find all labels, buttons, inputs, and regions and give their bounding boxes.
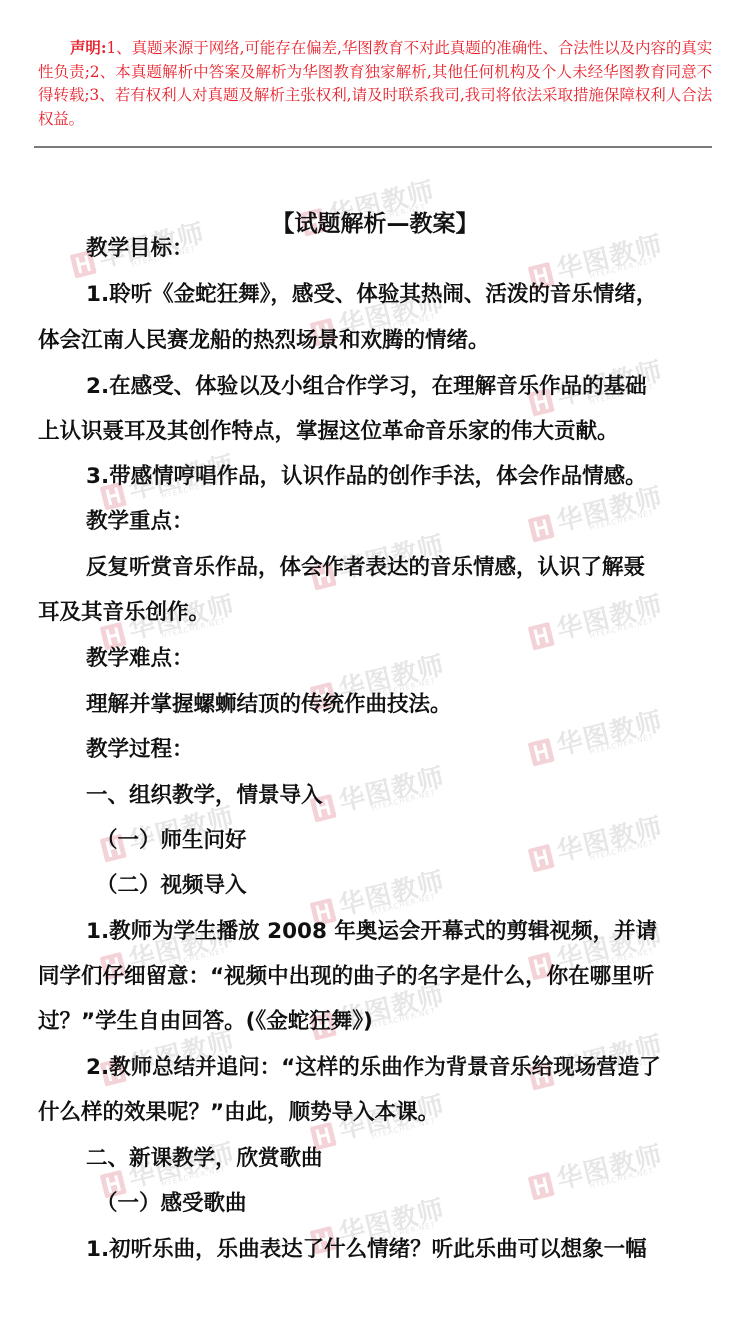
subsection-heading: 一、组织教学，情景导入 xyxy=(86,774,712,818)
paragraph-line: 2.在感受、体验以及小组合作学习，在理解音乐作品的基础 xyxy=(86,365,712,409)
disclaimer-text: 1、真题来源于网络,可能存在偏差,华图教育不对此真题的准确性、合法性以及内容的真… xyxy=(38,39,712,128)
subsection-item: （一）师生问好 xyxy=(96,819,712,863)
paragraph-line: 3.带感情哼唱作品，认识作品的创作手法，体会作品情感。 xyxy=(86,455,712,499)
paragraph-line: 什么样的效果呢？”由此，顺势导入本课。 xyxy=(38,1091,712,1135)
subsection-item: （一）感受歌曲 xyxy=(96,1182,712,1226)
paragraph-line: 耳及其音乐创作。 xyxy=(38,591,712,635)
paragraph-line: 上认识聂耳及其创作特点，掌握这位革命音乐家的伟大贡献。 xyxy=(38,410,712,454)
section-heading-key-points: 教学重点： xyxy=(86,500,712,544)
section-heading-objectives: 教学目标： xyxy=(86,227,712,271)
paragraph-line: 理解并掌握螺蛳结顶的传统作曲技法。 xyxy=(86,683,712,727)
section-heading-difficulties: 教学难点： xyxy=(86,637,712,681)
disclaimer-lead: 声明: xyxy=(70,38,106,57)
paragraph-line: 1.教师为学生播放 2008 年奥运会开幕式的剪辑视频，并请 xyxy=(86,910,712,954)
paragraph-line: 体会江南人民赛龙船的热烈场景和欢腾的情绪。 xyxy=(38,319,712,363)
paragraph-line: 同学们仔细留意：“视频中出现的曲子的名字是什么，你在哪里听 xyxy=(38,955,712,999)
paragraph-line: 1.聆听《金蛇狂舞》，感受、体验其热闹、活泼的音乐情绪， xyxy=(86,273,712,317)
paragraph-line: 反复听赏音乐作品，体会作者表达的音乐情感，认识了解聂 xyxy=(86,546,712,590)
header-divider xyxy=(34,146,712,148)
section-heading-process: 教学过程： xyxy=(86,728,712,772)
paragraph-line: 过？”学生自由回答。(《金蛇狂舞》) xyxy=(38,1000,712,1044)
subsection-item: （二）视频导入 xyxy=(96,864,712,908)
disclaimer-notice: 声明:1、真题来源于网络,可能存在偏差,华图教育不对此真题的准确性、合法性以及内… xyxy=(38,36,712,131)
subsection-heading: 二、新课教学，欣赏歌曲 xyxy=(86,1137,712,1181)
paragraph-line: 2.教师总结并追问：“这样的乐曲作为背景音乐给现场营造了 xyxy=(86,1046,712,1090)
paragraph-line: 1.初听乐曲，乐曲表达了什么情绪？听此乐曲可以想象一幅 xyxy=(86,1228,712,1272)
